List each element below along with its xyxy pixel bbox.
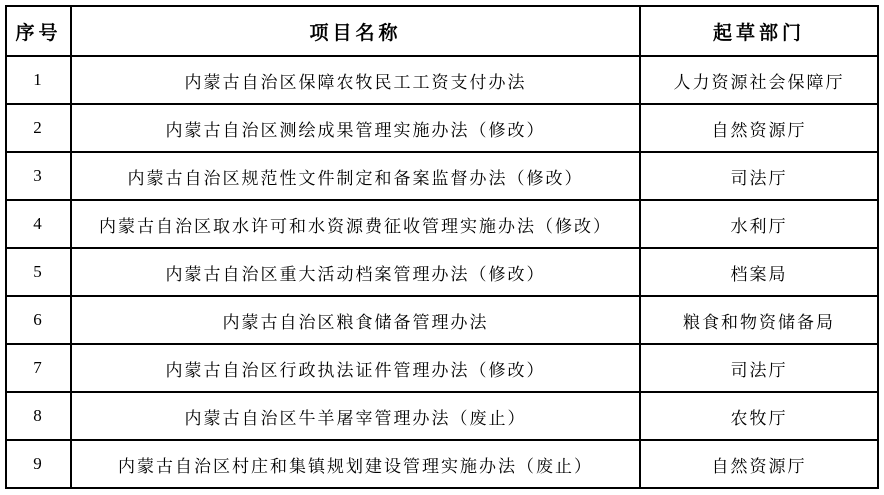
column-header-index: 序号 [6, 6, 71, 56]
row-index: 8 [6, 392, 71, 440]
row-index: 3 [6, 152, 71, 200]
project-name: 内蒙古自治区规范性文件制定和备案监督办法（修改） [71, 152, 640, 200]
drafting-department: 自然资源厅 [640, 440, 878, 488]
table-row: 4 内蒙古自治区取水许可和水资源费征收管理实施办法（修改） 水利厅 [6, 200, 878, 248]
project-name: 内蒙古自治区重大活动档案管理办法（修改） [71, 248, 640, 296]
project-name: 内蒙古自治区牛羊屠宰管理办法（废止） [71, 392, 640, 440]
column-header-drafting-department: 起草部门 [640, 6, 878, 56]
drafting-department: 档案局 [640, 248, 878, 296]
row-index: 1 [6, 56, 71, 104]
table-row: 3 内蒙古自治区规范性文件制定和备案监督办法（修改） 司法厅 [6, 152, 878, 200]
row-index: 4 [6, 200, 71, 248]
header-row: 序号 项目名称 起草部门 [6, 6, 878, 56]
table-row: 1 内蒙古自治区保障农牧民工工资支付办法 人力资源社会保障厅 [6, 56, 878, 104]
drafting-department: 农牧厅 [640, 392, 878, 440]
project-name: 内蒙古自治区行政执法证件管理办法（修改） [71, 344, 640, 392]
table-row: 6 内蒙古自治区粮食储备管理办法 粮食和物资储备局 [6, 296, 878, 344]
project-name: 内蒙古自治区保障农牧民工工资支付办法 [71, 56, 640, 104]
table-row: 2 内蒙古自治区测绘成果管理实施办法（修改） 自然资源厅 [6, 104, 878, 152]
table-row: 9 内蒙古自治区村庄和集镇规划建设管理实施办法（废止） 自然资源厅 [6, 440, 878, 488]
row-index: 2 [6, 104, 71, 152]
row-index: 9 [6, 440, 71, 488]
table-row: 8 内蒙古自治区牛羊屠宰管理办法（废止） 农牧厅 [6, 392, 878, 440]
table-row: 7 内蒙古自治区行政执法证件管理办法（修改） 司法厅 [6, 344, 878, 392]
project-name: 内蒙古自治区粮食储备管理办法 [71, 296, 640, 344]
row-index: 6 [6, 296, 71, 344]
drafting-department: 人力资源社会保障厅 [640, 56, 878, 104]
drafting-projects-table: 序号 项目名称 起草部门 1 内蒙古自治区保障农牧民工工资支付办法 人力资源社会… [5, 5, 879, 489]
drafting-department: 粮食和物资储备局 [640, 296, 878, 344]
table-row: 5 内蒙古自治区重大活动档案管理办法（修改） 档案局 [6, 248, 878, 296]
column-header-project-name: 项目名称 [71, 6, 640, 56]
project-name: 内蒙古自治区村庄和集镇规划建设管理实施办法（废止） [71, 440, 640, 488]
drafting-department: 水利厅 [640, 200, 878, 248]
drafting-department: 司法厅 [640, 152, 878, 200]
drafting-department: 司法厅 [640, 344, 878, 392]
project-name: 内蒙古自治区测绘成果管理实施办法（修改） [71, 104, 640, 152]
row-index: 5 [6, 248, 71, 296]
drafting-department: 自然资源厅 [640, 104, 878, 152]
row-index: 7 [6, 344, 71, 392]
project-name: 内蒙古自治区取水许可和水资源费征收管理实施办法（修改） [71, 200, 640, 248]
